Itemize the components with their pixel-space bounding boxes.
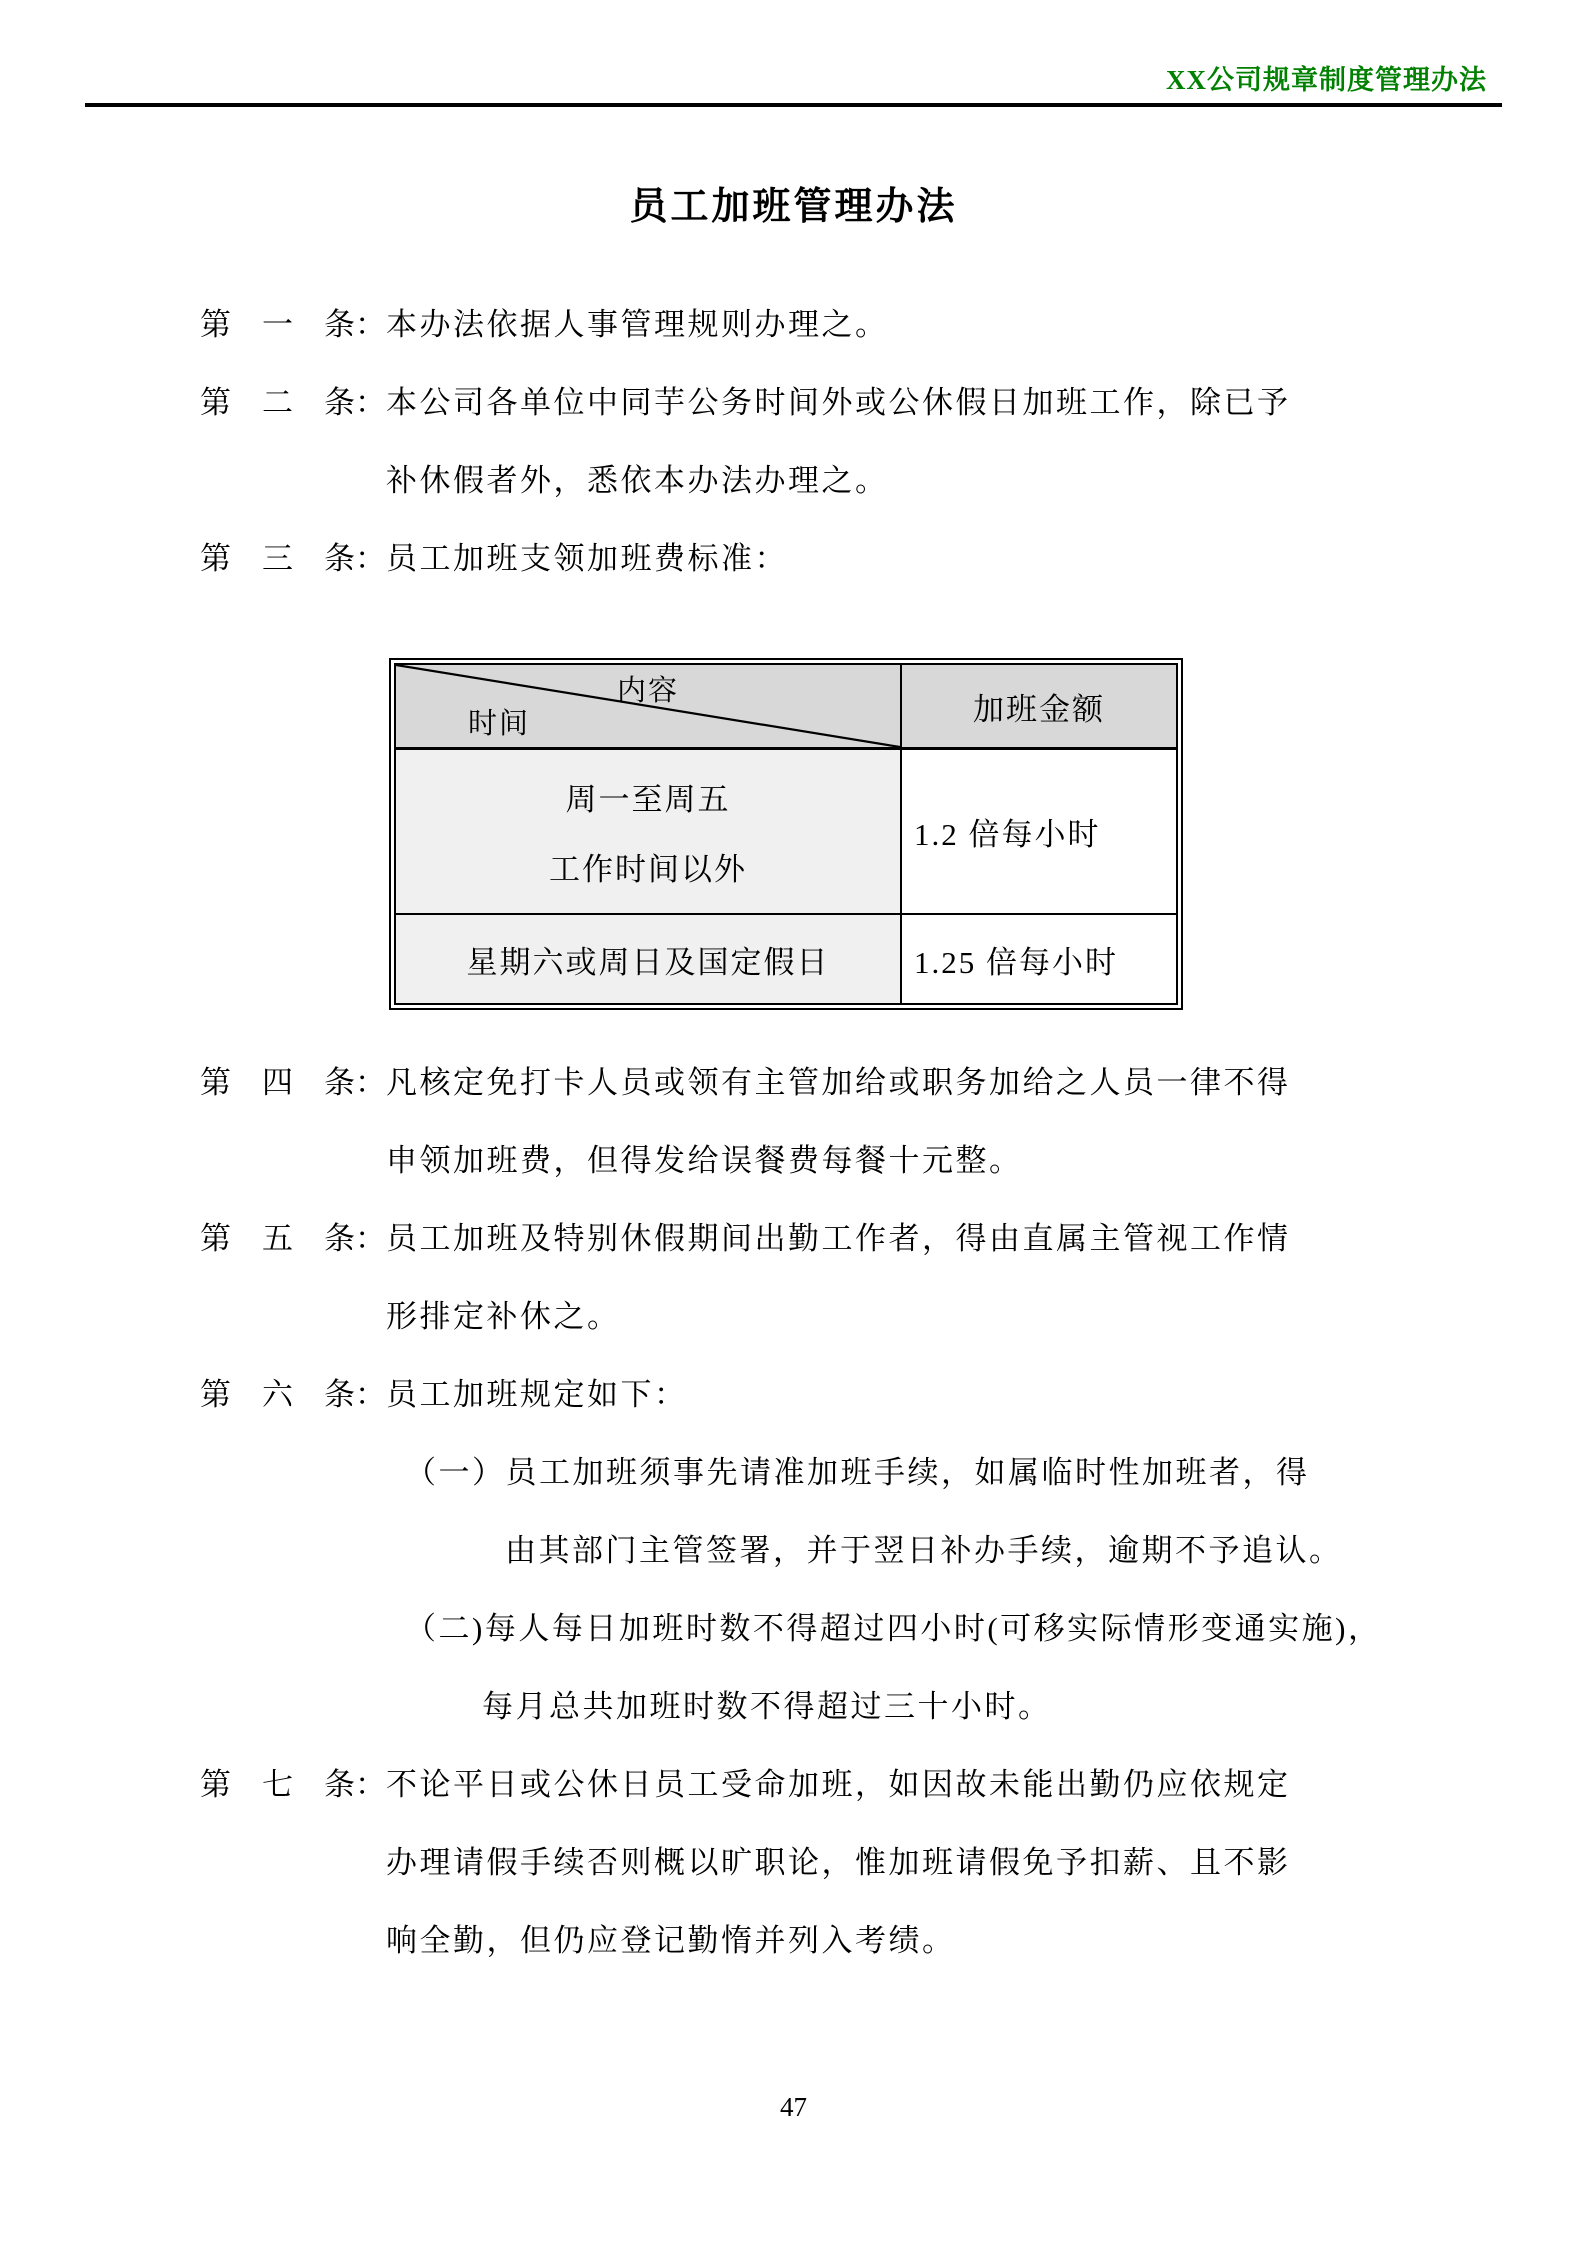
table-row-weekday-amount: 1.2 倍每小时 — [902, 750, 1176, 915]
article-line: 第 一 条： 本办法依据人事管理规则办理之。 — [200, 282, 1497, 360]
article-text: 本公司各单位中同芋公务时间外或公休假日加班工作，除已予 — [386, 377, 1291, 422]
article-text: 凡核定免打卡人员或领有主管加给或职务加给之人员一律不得 — [386, 1057, 1291, 1102]
article-text: （一）员工加班须事先请准加班手续，如属临时性加班者，得 — [405, 1447, 1310, 1492]
article-label: 第 四 条： — [200, 1057, 386, 1102]
article-text: 补休假者外，悉依本办法办理之。 — [386, 455, 889, 500]
article-line: 申领加班费，但得发给误餐费每餐十元整。 — [200, 1118, 1497, 1196]
article-subitem-2-line: （二)每人每日加班时数不得超过四小时(可移实际情形变通实施)， — [200, 1586, 1497, 1664]
article-subitem-2-line: 每月总共加班时数不得超过三十小时。 — [200, 1664, 1497, 1742]
table-cell-text: 周一至周五 — [566, 774, 731, 819]
article-text: 每月总共加班时数不得超过三十小时。 — [482, 1681, 1052, 1726]
article-text: 员工加班及特别休假期间出勤工作者，得由直属主管视工作情 — [386, 1213, 1291, 1258]
header-rule — [85, 103, 1502, 107]
article-line: 第 二 条： 本公司各单位中同芋公务时间外或公休假日加班工作，除已予 — [200, 360, 1497, 438]
table-diagonal-header-cell: 内容 时间 — [396, 665, 902, 750]
article-line: 第 五 条： 员工加班及特别休假期间出勤工作者，得由直属主管视工作情 — [200, 1196, 1497, 1274]
article-text: 申领加班费，但得发给误餐费每餐十元整。 — [386, 1135, 1023, 1180]
article-3: 第 三 条： 员工加班支领加班费标准： — [200, 516, 1497, 594]
article-4: 第 四 条： 凡核定免打卡人员或领有主管加给或职务加给之人员一律不得 申领加班费… — [200, 1040, 1497, 1196]
table-row-weekend-time: 星期六或周日及国定假日 — [396, 915, 902, 1003]
running-header: XX公司规章制度管理办法 — [0, 0, 1587, 103]
article-line: 第 七 条： 不论平日或公休日员工受命加班，如因故未能出勤仍应依规定 — [200, 1742, 1497, 1820]
page-number: 47 — [0, 2092, 1587, 2123]
article-line: 办理请假手续否则概以旷职论，惟加班请假免予扣薪、且不影 — [200, 1820, 1497, 1898]
table-header-amount: 加班金额 — [902, 665, 1176, 750]
article-text: 响全勤，但仍应登记勤惰并列入考绩。 — [386, 1915, 956, 1960]
article-text: 不论平日或公休日员工受命加班，如因故未能出勤仍应依规定 — [386, 1759, 1291, 1804]
page-title: 员工加班管理办法 — [0, 175, 1587, 230]
document-page: XX公司规章制度管理办法 员工加班管理办法 第 一 条： 本办法依据人事管理规则… — [0, 0, 1587, 2245]
article-label: 第 五 条： — [200, 1213, 386, 1258]
article-text: 由其部门主管签署，并于翌日补办手续，逾期不予追认。 — [505, 1525, 1343, 1570]
article-label: 第 三 条： — [200, 533, 386, 578]
article-subitem-1-line: （一）员工加班须事先请准加班手续，如属临时性加班者，得 — [200, 1430, 1497, 1508]
article-line: 第 六 条： 员工加班规定如下： — [200, 1352, 1497, 1430]
article-line: 第 三 条： 员工加班支领加班费标准： — [200, 516, 1497, 594]
article-text: （二)每人每日加班时数不得超过四小时(可移实际情形变通实施)， — [405, 1603, 1381, 1648]
article-5: 第 五 条： 员工加班及特别休假期间出勤工作者，得由直属主管视工作情 形排定补休… — [200, 1196, 1497, 1352]
article-line: 形排定补休之。 — [200, 1274, 1497, 1352]
article-label: 第 一 条： — [200, 299, 386, 344]
document-body: 第 一 条： 本办法依据人事管理规则办理之。 第 二 条： 本公司各单位中同芋公… — [0, 282, 1587, 1976]
article-line: 补休假者外，悉依本办法办理之。 — [200, 438, 1497, 516]
article-text: 形排定补休之。 — [386, 1291, 621, 1336]
article-line: 响全勤，但仍应登记勤惰并列入考绩。 — [200, 1898, 1497, 1976]
article-text: 员工加班支领加班费标准： — [386, 533, 788, 578]
article-7: 第 七 条： 不论平日或公休日员工受命加班，如因故未能出勤仍应依规定 办理请假手… — [200, 1742, 1497, 1976]
article-text: 本办法依据人事管理规则办理之。 — [386, 299, 889, 344]
article-2: 第 二 条： 本公司各单位中同芋公务时间外或公休假日加班工作，除已予 补休假者外… — [200, 360, 1497, 516]
overtime-rate-table: 内容 时间 加班金额 周一至周五 工作时间以外 1.2 倍每小时 星期六或周日及… — [389, 658, 1183, 1010]
article-label: 第 七 条： — [200, 1759, 386, 1804]
article-line: 第 四 条： 凡核定免打卡人员或领有主管加给或职务加给之人员一律不得 — [200, 1040, 1497, 1118]
table-cell-text: 工作时间以外 — [549, 844, 747, 889]
article-subitem-1-line: 由其部门主管签署，并于翌日补办手续，逾期不予追认。 — [200, 1508, 1497, 1586]
article-text: 办理请假手续否则概以旷职论，惟加班请假免予扣薪、且不影 — [386, 1837, 1291, 1882]
article-label: 第 二 条： — [200, 377, 386, 422]
table-row-weekday-time: 周一至周五 工作时间以外 — [396, 750, 902, 915]
table-row-weekend-amount: 1.25 倍每小时 — [902, 915, 1176, 1003]
article-label: 第 六 条： — [200, 1369, 386, 1414]
article-6: 第 六 条： 员工加班规定如下： （一）员工加班须事先请准加班手续，如属临时性加… — [200, 1352, 1497, 1742]
article-text: 员工加班规定如下： — [386, 1369, 688, 1414]
table-header-time: 时间 — [468, 701, 530, 742]
article-1: 第 一 条： 本办法依据人事管理规则办理之。 — [200, 282, 1497, 360]
